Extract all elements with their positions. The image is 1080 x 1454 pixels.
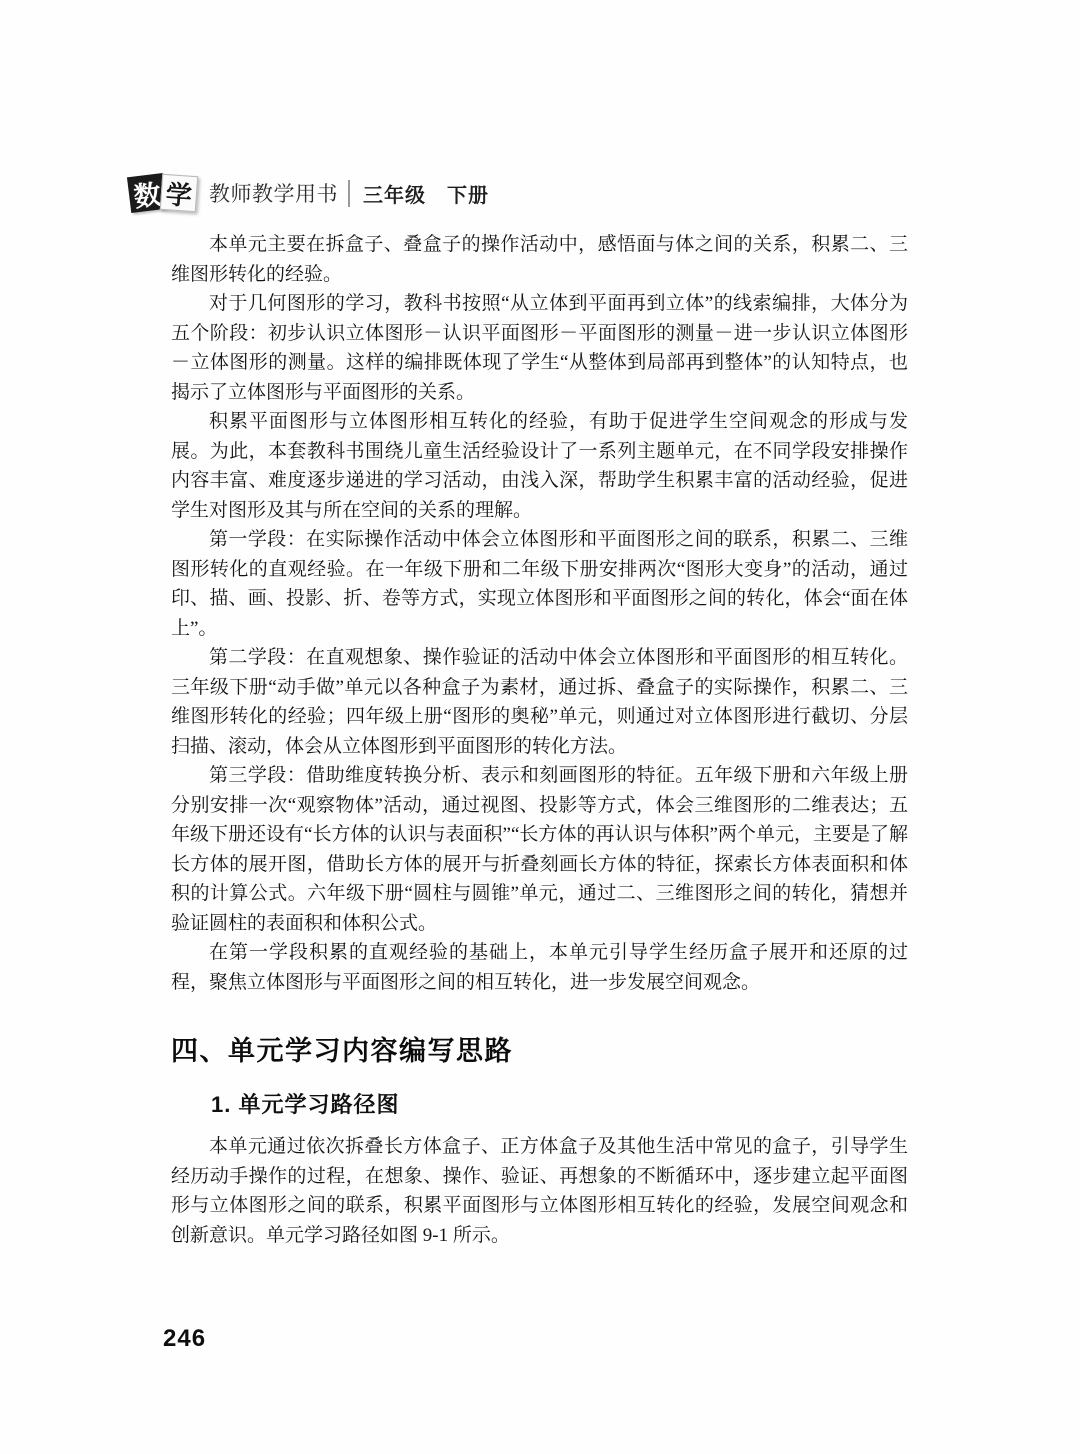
logo-xue-tile: 学 [160, 174, 198, 212]
scanned-book-page: 数 学 教师教学用书 三年级 下册 本单元主要在拆盒子、叠盒子的操作活动中，感悟… [0, 0, 1080, 1454]
section-heading: 四、单元学习内容编写思路 [171, 1034, 908, 1068]
math-logo: 数 学 [129, 175, 197, 211]
logo-char-shu: 数 [131, 172, 163, 214]
header-divider [348, 180, 350, 207]
paragraph: 对于几何图形的学习，教科书按照“从立体到平面再到立体”的线索编排，大体分为五个阶… [171, 289, 908, 407]
logo-char-xue: 学 [165, 174, 194, 213]
paragraph: 第一学段：在实际操作活动中体会立体图形和平面图形之间的联系，积累二、三维图形转化… [171, 525, 908, 643]
paragraph: 第二学段：在直观想象、操作验证的活动中体会立体图形和平面图形的相互转化。三年级下… [171, 643, 908, 761]
paragraph: 第三学段：借助维度转换分析、表示和刻画图形的特征。五年级下册和六年级上册分别安排… [171, 761, 908, 938]
book-title: 教师教学用书 [209, 178, 338, 208]
grade-volume-label: 三年级 下册 [363, 179, 489, 208]
paragraph: 本单元通过依次拆叠长方体盒子、正方体盒子及其他生活中常见的盒子，引导学生经历动手… [171, 1132, 908, 1250]
paragraph: 本单元主要在拆盒子、叠盒子的操作活动中，感悟面与体之间的关系，积累二、三维图形转… [171, 230, 908, 289]
paragraph: 在第一学段积累的直观经验的基础上，本单元引导学生经历盒子展开和还原的过程，聚焦立… [171, 938, 908, 997]
page-number: 246 [163, 1325, 206, 1353]
paragraph: 积累平面图形与立体图形相互转化的经验，有助于促进学生空间观念的形成与发展。为此，… [171, 407, 908, 525]
page-header: 数 学 教师教学用书 三年级 下册 [129, 170, 489, 216]
page-body-text: 本单元主要在拆盒子、叠盒子的操作活动中，感悟面与体之间的关系，积累二、三维图形转… [171, 230, 908, 1250]
subsection-heading: 1. 单元学习路径图 [171, 1091, 908, 1119]
